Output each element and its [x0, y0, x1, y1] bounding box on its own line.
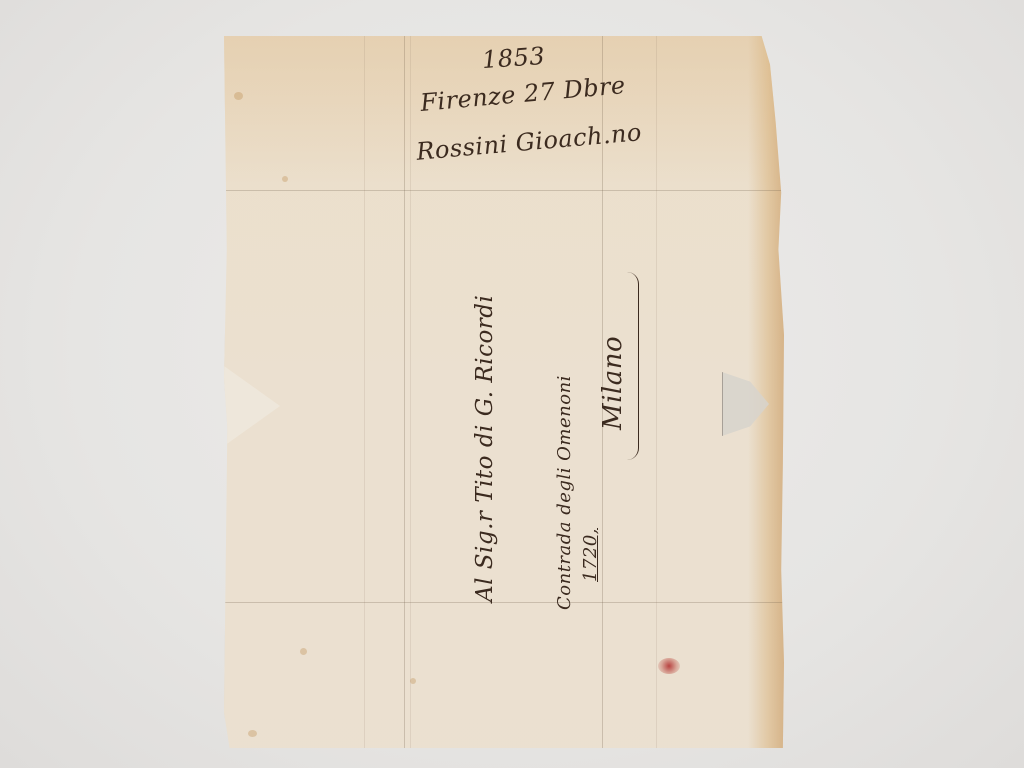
foxing-spot	[282, 176, 288, 182]
address-city: Milano	[598, 336, 628, 430]
fold-line-vertical-left-inner	[410, 36, 411, 748]
fold-line-horizontal-top	[224, 190, 784, 191]
letter-sheet: 1853 Firenze 27 Dbre Rossini Gioach.no A…	[224, 36, 784, 748]
foxing-spot	[248, 730, 257, 737]
address-street: Contrada degli Omenoni	[554, 375, 575, 610]
fold-line-vertical-right-outer	[656, 36, 657, 748]
folded-corner-flap	[224, 366, 280, 446]
city-flourish-bracket	[626, 272, 639, 460]
docket-year: 1853	[481, 42, 546, 74]
foxing-spot	[234, 92, 243, 100]
fold-line-horizontal-bottom	[224, 602, 784, 603]
fold-line-vertical-left	[404, 36, 405, 748]
red-wax-seal-remnant	[658, 658, 680, 674]
foxing-spot	[410, 678, 416, 684]
foxing-spot	[300, 648, 307, 655]
photo-background: 1853 Firenze 27 Dbre Rossini Gioach.no A…	[0, 0, 1024, 768]
address-recipient: Al Sig.r Tito di G. Ricordi	[472, 295, 498, 602]
fold-line-vertical-far-left	[364, 36, 365, 748]
address-number: 1720,	[580, 528, 601, 582]
